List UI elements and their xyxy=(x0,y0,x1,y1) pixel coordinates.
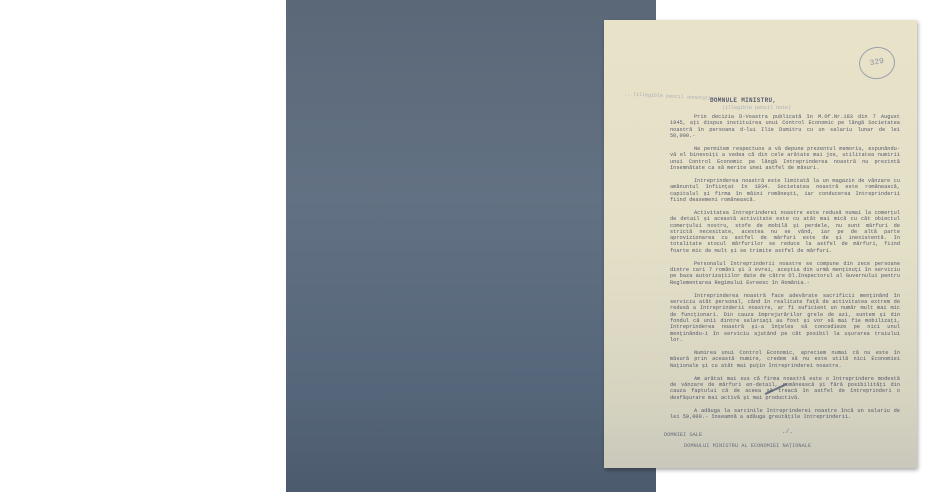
pencil-subnote: (illegible pencil note) xyxy=(722,105,791,111)
paragraph-9: A adăuga la sarcinile Intreprinderei noa… xyxy=(670,408,900,421)
document-photo: 329 ...(illegible pencil annotation)... … xyxy=(286,0,656,492)
document-body: Prin decizia D-Voastra publicată în M.Of… xyxy=(670,114,900,427)
paragraph-2: Ne permitem respectuos a vă depune preze… xyxy=(670,146,900,171)
paragraph-3: Intreprinderea noastră este limitată la … xyxy=(670,178,900,203)
paragraph-5: Personalul Intreprinderii noastre se com… xyxy=(670,261,900,286)
addressee-line: DOMNULUI MINISTRU AL ECONOMIEI NAȚIONALE xyxy=(684,443,811,449)
paragraph-7: Numirea unui Control Economic, apreciem … xyxy=(670,350,900,369)
paragraph-1: Prin decizia D-Voastra publicată în M.Of… xyxy=(670,114,900,139)
typewritten-page: 329 ...(illegible pencil annotation)... … xyxy=(604,20,917,468)
closing-line: DOMNIEI SALE xyxy=(664,432,702,438)
document-salutation: DOMNULE MINISTRU, xyxy=(710,97,776,104)
archive-stamp: 329 xyxy=(856,44,897,82)
paragraph-8: Am arătat mai sus că firma noastră este … xyxy=(670,376,900,401)
paragraph-6: Intreprinderea noastră face adevărate sa… xyxy=(670,293,900,343)
page-continuation-mark: ./. xyxy=(782,428,793,435)
paragraph-4: Activitatea Intreprinderei noastre este … xyxy=(670,210,900,254)
